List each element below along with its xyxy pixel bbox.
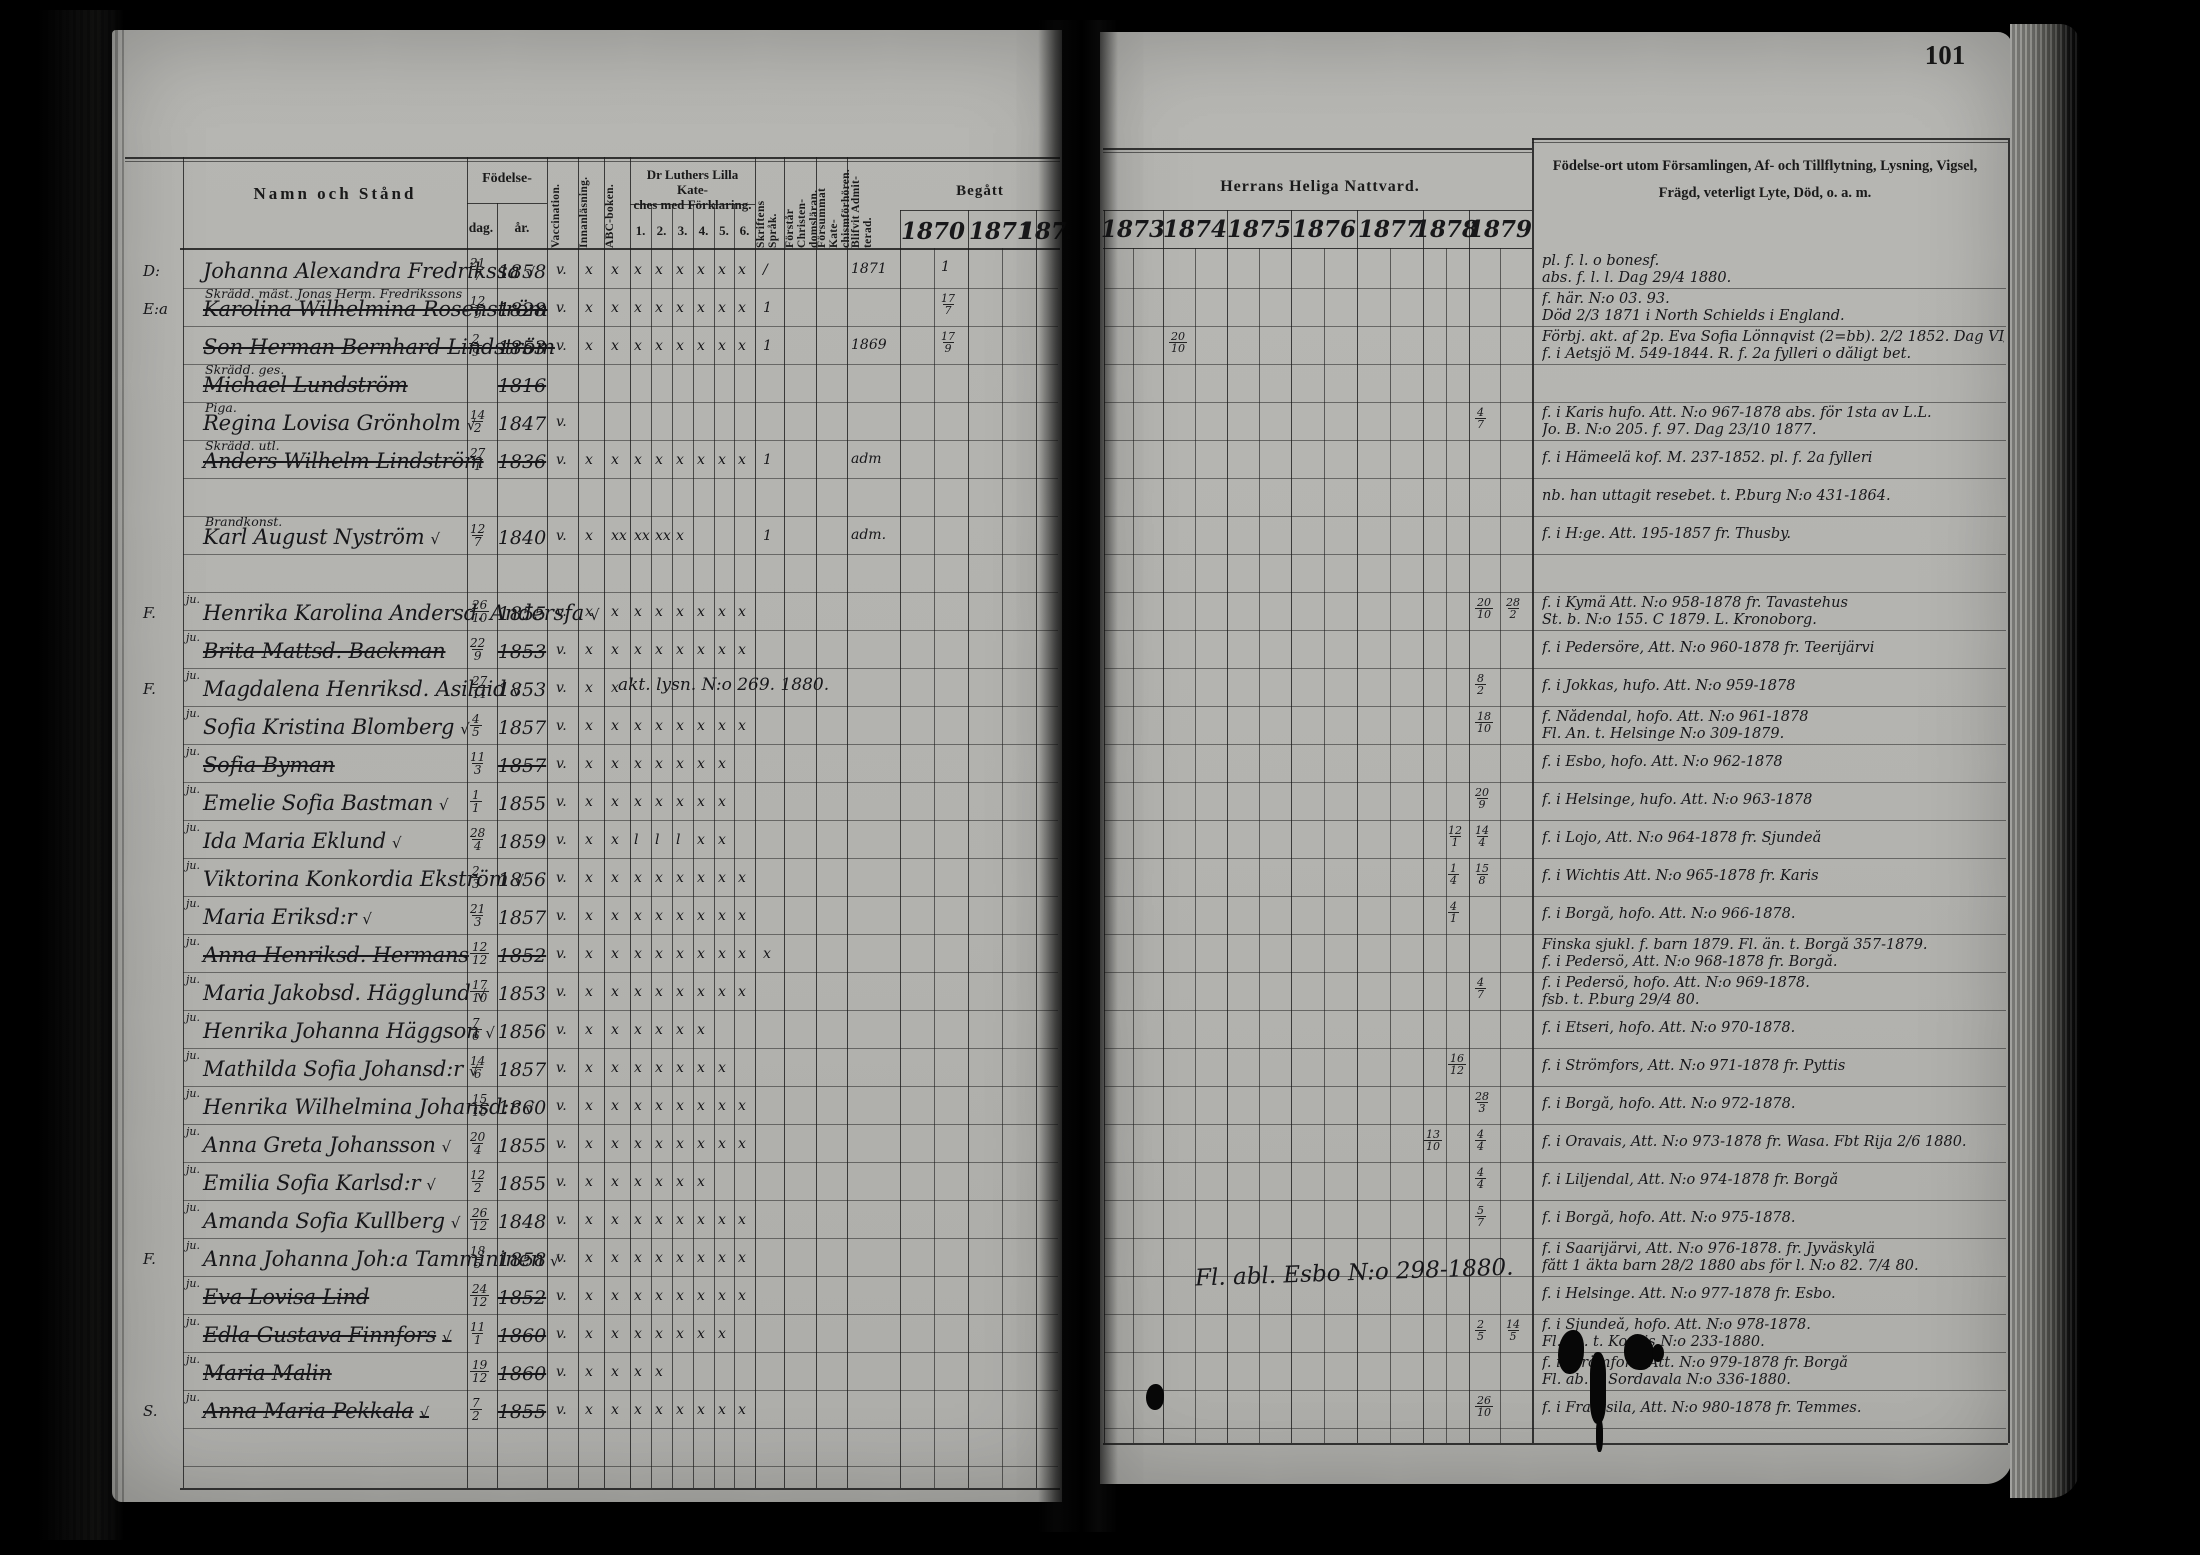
communion-date: 283	[1475, 1091, 1489, 1114]
exam-mark: x	[585, 1060, 593, 1076]
grid-line	[183, 630, 1058, 631]
exam-mark: x	[655, 984, 663, 1000]
exam-mark: v.	[556, 870, 567, 886]
birth-year: 1858	[496, 261, 548, 283]
birth-year: 1855	[496, 603, 548, 625]
birth-year: 1855	[496, 1401, 548, 1423]
exam-mark: x	[738, 1402, 746, 1418]
entry-prefix: ju.	[186, 859, 200, 872]
note-line: Död 2/3 1871 i North Schields i England.	[1542, 308, 2004, 324]
exam-mark: x	[585, 1098, 593, 1114]
entry-name: Emilia Sofia Karlsd:r√	[203, 1171, 436, 1195]
exam-mark: v.	[556, 1212, 567, 1228]
exam-mark: v.	[556, 262, 567, 278]
grid-line	[183, 440, 1058, 441]
grid-line	[1104, 1200, 2006, 1201]
entry-prefix: ju.	[186, 631, 200, 644]
note-line: f. i Pedersö, Att. N:o 968-1878 fr. Borg…	[1542, 954, 2004, 970]
grid-line	[1104, 934, 2006, 935]
note-line: Förbj. akt. af 2p. Eva Sofia Lönnqvist (…	[1542, 329, 2004, 345]
grid-line	[630, 157, 631, 1488]
note-line: f. i Esbo, hofo. Att. N:o 962-1878	[1542, 754, 2004, 770]
birth-day-part: 1	[472, 789, 480, 801]
communion-date: 209	[1475, 787, 1489, 810]
entry-name: Emelie Sofia Bastman√	[203, 791, 448, 815]
catechism-col-1: 1.	[630, 223, 651, 239]
exam-mark: x	[585, 832, 593, 848]
grid-line	[1104, 516, 2006, 517]
exam-mark: x	[697, 832, 705, 848]
exam-mark: x	[634, 1364, 642, 1380]
grid-line	[180, 248, 1060, 250]
birth-day-part: 2	[472, 1181, 484, 1194]
exam-mark: x	[611, 300, 619, 316]
exam-mark: x	[718, 908, 726, 924]
birth-day: 29	[470, 333, 482, 358]
grid-line	[1103, 152, 1532, 153]
entry-prefix: ju.	[186, 1201, 200, 1214]
exam-mark: x	[655, 1060, 663, 1076]
grid-line	[1163, 210, 1164, 1443]
entry-name: Maria Eriksd:r√	[203, 905, 372, 929]
grid-line	[672, 204, 673, 1488]
entry-prefix: ju.	[186, 1353, 200, 1366]
exam-mark: x	[697, 870, 705, 886]
birth-day-part: 18	[470, 1245, 485, 1257]
birth-year: 1847	[496, 413, 548, 435]
exam-mark: x	[697, 1326, 705, 1342]
exam-mark: v.	[556, 832, 567, 848]
exam-mark: x	[611, 832, 619, 848]
note-line: Fl. ab. t. Sordavala N:o 336-1880.	[1542, 1372, 2004, 1388]
birth-year: 1840	[496, 527, 548, 549]
exam-mark: x	[634, 1022, 642, 1038]
birth-day-part: 3	[472, 763, 484, 776]
exam-mark: x	[655, 756, 663, 772]
exam-mark: x	[676, 1022, 684, 1038]
exam-mark: x	[676, 338, 684, 354]
birth-day-part: 12	[472, 941, 487, 953]
grid-line	[1104, 1162, 2006, 1163]
exam-mark: x	[738, 908, 746, 924]
confirmation-tick: √	[442, 1138, 451, 1156]
exam-mark: xx	[634, 528, 650, 544]
exam-mark: x	[718, 300, 726, 316]
note-line: nb. han uttagit resebet. t. P.burg N:o 4…	[1542, 488, 2004, 504]
grid-line	[1103, 148, 1532, 150]
communion-date-part: 4	[1477, 836, 1488, 848]
communion-date-part: 5	[1477, 1205, 1484, 1216]
grid-line	[183, 668, 1058, 669]
exam-mark: x	[697, 1402, 705, 1418]
birth-day: 129	[470, 295, 485, 320]
exam-mark: x	[611, 1364, 619, 1380]
exam-mark: x	[655, 262, 663, 278]
exam-mark: x	[718, 338, 726, 354]
note-line: fått 1 äkta barn 28/2 1880 abs för l. N:…	[1542, 1258, 2004, 1274]
note-line: f. i Kymä Att. N:o 958-1878 fr. Tavasteh…	[1542, 595, 2004, 611]
exam-mark: x	[634, 452, 642, 468]
exam-mark: x	[655, 1098, 663, 1114]
grid-line	[183, 326, 1058, 327]
grid-line	[1357, 210, 1358, 1443]
note-line: f. i Frantsila, Att. N:o 980-1878 fr. Te…	[1542, 1400, 2004, 1416]
exam-mark: x	[611, 756, 619, 772]
exam-mark: x	[676, 604, 684, 620]
exam-mark: x	[738, 452, 746, 468]
exam-mark: v.	[556, 680, 567, 696]
communion-date-part: 2	[1477, 1319, 1484, 1330]
exam-mark: x	[718, 718, 726, 734]
exam-mark: v.	[556, 1060, 567, 1076]
exam-mark: x	[611, 1098, 619, 1114]
grid-line	[183, 1124, 1058, 1125]
column-header-birth-year: år.	[500, 220, 544, 236]
entry-margin-letter: F.	[143, 680, 156, 698]
column-header-abc-book: ABC-boken.	[604, 164, 629, 248]
birth-day-part: 12	[470, 1219, 489, 1232]
exam-mark: x	[718, 1250, 726, 1266]
exam-mark: x	[718, 1288, 726, 1304]
exam-mark: x	[585, 528, 593, 544]
birth-day-part: 11	[470, 687, 489, 700]
exam-mark: x	[634, 718, 642, 734]
grid-line	[183, 364, 1058, 365]
communion-date-part: 14	[1475, 825, 1489, 836]
exam-mark: x	[676, 718, 684, 734]
entry-margin-letter: S.	[143, 1402, 158, 1420]
exam-mark: x	[697, 452, 705, 468]
column-header-birth: Födelse-	[465, 171, 549, 187]
grid-line	[1103, 1443, 2008, 1445]
communion-date-part: 1	[1448, 912, 1459, 924]
birth-day-part: 22	[470, 637, 485, 649]
birth-year: 1855	[496, 793, 548, 815]
confirmation-tick: √	[451, 1214, 460, 1232]
confirmation-tick: √	[392, 834, 401, 852]
ink-blot	[1652, 1344, 1664, 1362]
exam-mark: x	[655, 1022, 663, 1038]
grid-line	[125, 157, 1060, 159]
grid-line	[1104, 1048, 2006, 1049]
entry-name: Anna Henriksd. Hermans	[203, 943, 469, 967]
exam-mark: /	[763, 262, 768, 278]
exam-mark: x	[634, 908, 642, 924]
exam-mark: x	[697, 1022, 705, 1038]
grid-line	[183, 782, 1058, 783]
communion-date-part: 4	[1477, 1129, 1484, 1140]
exam-mark: x	[611, 1060, 619, 1076]
birth-day: 127	[470, 523, 485, 548]
exam-mark: v.	[556, 946, 567, 962]
grid-line	[183, 858, 1058, 859]
exam-mark: x	[655, 718, 663, 734]
entry-name: Brita Mattsd. Backman	[203, 639, 446, 663]
grid-line	[651, 204, 652, 1488]
communion-date-part: 4	[1450, 901, 1457, 912]
exam-mark: x	[676, 756, 684, 772]
exam-mark: x	[697, 1136, 705, 1152]
note-line: fsb. t. P.burg 29/4 80.	[1542, 992, 2004, 1008]
year-label-1879: 1879	[1468, 216, 1532, 243]
communion-date-part: 17	[941, 293, 955, 304]
grid-line	[125, 161, 1060, 162]
communion-date-part: 7	[1475, 988, 1486, 1000]
exam-mark: x	[634, 642, 642, 658]
birth-day-part: 2	[472, 865, 480, 877]
birth-day: 113	[470, 751, 485, 776]
exam-mark: x	[611, 1326, 619, 1342]
exam-mark: x	[718, 832, 726, 848]
grid-line	[734, 204, 735, 1488]
exam-mark: x	[634, 604, 642, 620]
communion-date-part: 5	[1475, 1330, 1486, 1342]
exam-mark: x	[655, 908, 663, 924]
grid-line	[183, 592, 1058, 593]
birth-year: 1853	[496, 641, 548, 663]
grid-line	[183, 402, 1058, 403]
exam-mark: x	[634, 1060, 642, 1076]
grid-line	[183, 1466, 1058, 1467]
communion-date: 121	[1448, 825, 1462, 848]
communion-date-part: 18	[1477, 711, 1491, 722]
exam-mark: x	[697, 794, 705, 810]
exam-mark: x	[676, 452, 684, 468]
exam-mark: x	[585, 338, 593, 354]
note-line: f. Nådendal, hofo. Att. N:o 961-1878	[1542, 709, 2004, 725]
birth-day-part: 17	[472, 979, 487, 991]
grid-line	[183, 1048, 1058, 1049]
communion-date: 282	[1506, 597, 1520, 620]
grid-line	[183, 972, 1058, 973]
grid-line	[183, 1352, 1058, 1353]
exam-mark: x	[585, 946, 593, 962]
birth-day: 217	[470, 257, 485, 282]
column-header-birth-day: dag.	[460, 220, 502, 236]
exam-mark: v.	[556, 1402, 567, 1418]
exam-mark: x	[585, 1250, 593, 1266]
grid-line	[183, 1200, 1058, 1201]
entry-margin-letter: D:	[143, 262, 160, 280]
exam-mark: x	[655, 1250, 663, 1266]
exam-mark: x	[718, 756, 726, 772]
grid-line	[183, 1086, 1058, 1087]
entry-name: Anna Greta Johansson√	[203, 1133, 451, 1157]
grid-line	[467, 203, 547, 204]
birth-year: 1856	[496, 1021, 548, 1043]
birth-day-part: 27	[470, 447, 485, 459]
entry-name: Maria Malin	[203, 1361, 332, 1385]
communion-date: 57	[1475, 1205, 1486, 1228]
birth-year: 1855	[496, 1135, 548, 1157]
exam-mark: x	[738, 262, 746, 278]
exam-mark: x	[585, 984, 593, 1000]
communion-date-part: 10	[1424, 1140, 1442, 1152]
column-header-notes-line1: Födelse-ort utom Församlingen, Af- och T…	[1545, 158, 1985, 175]
exam-mark: 1	[763, 452, 772, 468]
exam-mark: x	[611, 1288, 619, 1304]
grid-line	[604, 157, 605, 1488]
entry-name: Henrika Johanna Häggson√	[203, 1019, 495, 1043]
communion-date: 145	[1506, 1319, 1520, 1342]
communion-date-part: 4	[1477, 977, 1484, 988]
birth-day-part: 12	[470, 295, 485, 307]
book-right-edge-pages	[2010, 24, 2080, 1498]
birth-day-part: 7	[472, 1397, 480, 1409]
exam-mark: x	[676, 1174, 684, 1190]
communion-date-part: 8	[1477, 874, 1488, 886]
grid-line	[1103, 248, 1532, 249]
communion-date: 1310	[1424, 1129, 1442, 1152]
entry-name: Regina Lovisa Grönholm√	[203, 411, 476, 435]
entry-name: Eva Lovisa Lind	[203, 1285, 369, 1309]
grid-line	[847, 157, 848, 1488]
entry-name: Anders Wilhelm Lindström	[203, 449, 484, 473]
exam-mark: x	[738, 300, 746, 316]
exam-mark: x	[697, 1174, 705, 1190]
birth-day-part: 21	[470, 903, 485, 915]
exam-mark: x	[697, 604, 705, 620]
grid-line	[183, 896, 1058, 897]
exam-mark: x	[697, 1212, 705, 1228]
birth-year: 1858	[496, 1249, 548, 1271]
exam-mark: x	[634, 1136, 642, 1152]
birth-day-part: 1	[472, 1333, 484, 1346]
birth-day-part: 14	[470, 409, 485, 421]
grid-line	[1104, 326, 2006, 327]
exam-mark: x	[676, 300, 684, 316]
column-header-name: Namn och Stånd	[205, 184, 465, 204]
exam-mark: v.	[556, 718, 567, 734]
exam-mark: x	[611, 1136, 619, 1152]
communion-date-part: 1	[1450, 863, 1457, 874]
note-line: f. i Wichtis Att. N:o 965-1878 fr. Karis	[1542, 868, 2004, 884]
birth-year: 1857	[496, 717, 548, 739]
exam-mark: v.	[556, 1022, 567, 1038]
birth-day-part: 21	[470, 257, 485, 269]
exam-mark: v.	[556, 1326, 567, 1342]
grid-line	[1104, 478, 2006, 479]
entry-name: Amanda Sofia Kullberg√	[203, 1209, 460, 1233]
exam-mark: x	[611, 262, 619, 278]
exam-mark: x	[634, 262, 642, 278]
note-line: f. i Lojo, Att. N:o 964-1878 fr. Sjundeå	[1542, 830, 2004, 846]
note-line: f. i Pedersöre, Att. N:o 960-1878 fr. Te…	[1542, 640, 2004, 656]
exam-mark: x	[585, 1174, 593, 1190]
book-left-edge	[38, 10, 124, 1540]
grid-line	[1104, 1010, 2006, 1011]
grid-line	[1104, 744, 2006, 745]
exam-mark: x	[655, 1212, 663, 1228]
birth-year: 1853	[496, 337, 548, 359]
exam-mark: x	[634, 1174, 642, 1190]
exam-mark: x	[634, 1402, 642, 1418]
exam-mark: x	[718, 452, 726, 468]
entry-prefix: ju.	[186, 1087, 200, 1100]
exam-mark: v.	[556, 604, 567, 620]
grid-line	[183, 157, 184, 1488]
grid-line	[1532, 138, 2008, 140]
exam-mark: x	[611, 718, 619, 734]
birth-day-part: 27	[472, 675, 487, 687]
birth-day: 23	[470, 865, 482, 890]
exam-mark: x	[697, 300, 705, 316]
exam-mark: v.	[556, 908, 567, 924]
communion-date-part: 7	[943, 304, 954, 316]
exam-mark: x	[718, 984, 726, 1000]
communion-date-part: 20	[1477, 597, 1491, 608]
birth-day: 11	[470, 789, 482, 814]
birth-year: 1860	[496, 1363, 548, 1385]
birth-day: 76	[470, 1017, 482, 1042]
birth-day: 111	[470, 1321, 485, 1346]
entry-name: Anna Maria Pekkala√	[203, 1399, 429, 1423]
birth-day-part: 11	[470, 751, 485, 763]
grid-line	[1227, 210, 1228, 1443]
communion-date-part: 4	[1475, 1140, 1486, 1152]
confirmation-tick: √	[485, 1024, 494, 1042]
exam-mark: x	[697, 642, 705, 658]
exam-mark: x	[676, 1060, 684, 1076]
exam-mark: x	[738, 984, 746, 1000]
birth-day: 72	[470, 1397, 482, 1422]
year-label-1875: 1875	[1227, 216, 1291, 243]
communion-date-part: 4	[1477, 407, 1484, 418]
exam-mark: x	[634, 946, 642, 962]
exam-mark: x	[585, 1402, 593, 1418]
exam-mark: x	[611, 870, 619, 886]
communion-date: 25	[1475, 1319, 1486, 1342]
birth-day-part: 12	[470, 523, 485, 535]
exam-mark: x	[697, 262, 705, 278]
exam-mark: x	[585, 1326, 593, 1342]
confirmation-tick: √	[362, 910, 371, 928]
note-line: f. i H:ge. Att. 195-1857 fr. Thusby.	[1542, 526, 2004, 542]
grid-line	[183, 820, 1058, 821]
exam-mark: x	[585, 1212, 593, 1228]
grid-line	[183, 1390, 1058, 1391]
note-line: f. i Borgå, hofo. Att. N:o 972-1878.	[1542, 1096, 2004, 1112]
birth-year: 1857	[496, 755, 548, 777]
exam-mark: x	[738, 870, 746, 886]
exam-mark: x	[585, 1136, 593, 1152]
entry-prefix: ju.	[186, 1049, 200, 1062]
birth-day: 1212	[470, 941, 489, 966]
birth-year: 1857	[496, 1059, 548, 1081]
grid-line	[183, 554, 1058, 555]
birth-day-part: 9	[470, 345, 482, 358]
entry-name: Sofia Kristina Blomberg√	[203, 715, 470, 739]
exam-mark: x	[634, 1250, 642, 1266]
exam-mark: x	[738, 718, 746, 734]
exam-mark: x	[634, 338, 642, 354]
exam-mark: x	[634, 870, 642, 886]
birth-day-part: 10	[470, 1105, 489, 1118]
grid-line	[784, 157, 785, 1488]
exam-mark: x	[611, 794, 619, 810]
exam-mark: x	[676, 794, 684, 810]
exam-mark: x	[676, 1098, 684, 1114]
exam-mark: x	[655, 1288, 663, 1304]
exam-mark: 1	[763, 300, 772, 316]
exam-mark: x	[697, 756, 705, 772]
birth-year: 1860	[496, 1325, 548, 1347]
birth-day: 213	[470, 903, 485, 928]
exam-mark: v.	[556, 338, 567, 354]
parish-register-scan: Namn och Stånd Födelse- dag. år. Vaccina…	[0, 0, 2200, 1555]
grid-line	[1104, 896, 2006, 897]
exam-mark: x	[585, 1022, 593, 1038]
